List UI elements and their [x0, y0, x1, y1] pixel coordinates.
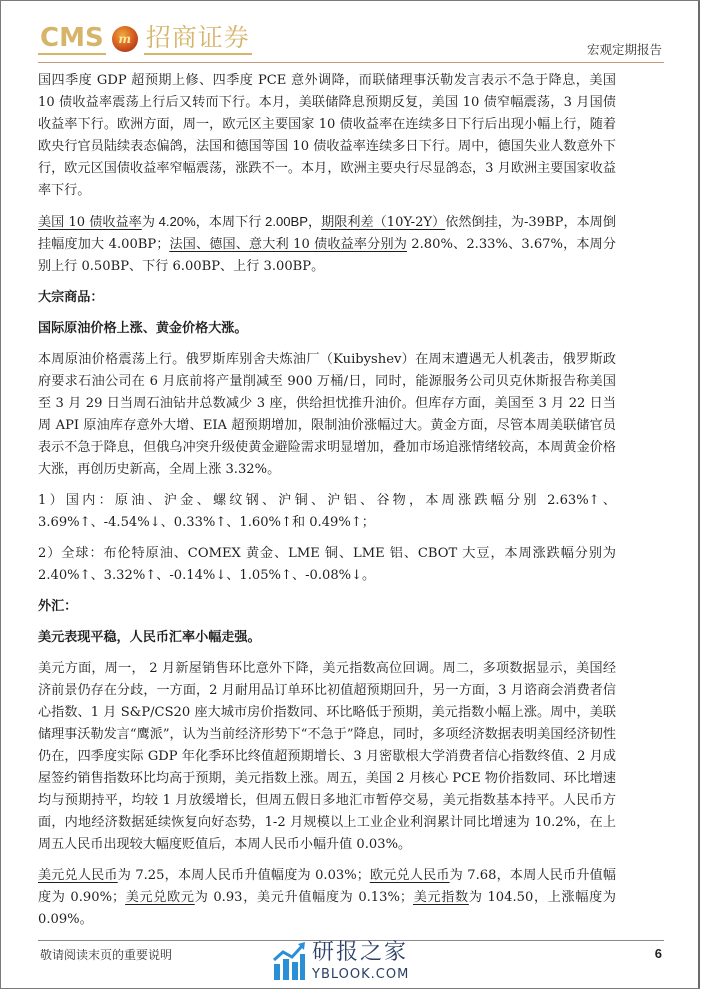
eu-yields-label: 法国、德国、意大利 10 债收益率分别为 — [169, 237, 407, 252]
commodities-paragraph: 本周原油价格震荡上行。俄罗斯库别舍夫炼油厂（Kuibyshev）在周末遭遇无人机… — [38, 349, 616, 481]
commodities-domestic: 1）国内：原油、沪金、螺纹钢、沪铜、沪铝、谷物，本周涨跌幅分别 2.63%↑、3… — [38, 490, 616, 534]
report-type: 宏观定期报告 — [587, 40, 662, 58]
usdcny-text: 为 7.25，本周人民币升值幅度为 0.03%； — [118, 868, 370, 883]
usdeur-label: 美元兑欧元 — [125, 890, 195, 905]
document-body: 国四季度 GDP 超预期上修、四季度 PCE 意外调降，而联储理事沃勒发言表示不… — [38, 70, 616, 940]
logo-cms-text: CMS — [38, 23, 106, 55]
commodities-global: 2）全球：布伦特原油、COMEX 黄金、LME 铜、LME 铝、CBOT 大豆，… — [38, 543, 616, 587]
logo-chinese-text: 招商证券 — [144, 23, 252, 55]
header-divider — [38, 62, 664, 63]
commodities-subheading: 国际原油价格上涨、黄金价格大涨。 — [38, 318, 616, 340]
dxy-label: 美元指数 — [413, 890, 469, 905]
fx-heading: 外汇： — [38, 596, 616, 618]
usdcny-label: 美元兑人民币 — [38, 868, 118, 883]
us10y-text: 为 4.20%，本周下行 2.00BP， — [142, 214, 321, 229]
watermark-cn-text: 研报之家 — [312, 942, 409, 964]
bonds-paragraph: 国四季度 GDP 超预期上修、四季度 PCE 意外调降，而联储理事沃勒发言表示不… — [38, 70, 616, 202]
fx-subheading: 美元表现平稳，人民币汇率小幅走强。 — [38, 627, 616, 649]
term-spread-label: 期限利差（10Y-2Y） — [321, 215, 445, 230]
logo-badge-icon: m — [112, 26, 138, 52]
us10y-label: 美国 10 债收益率 — [38, 215, 142, 230]
company-logo: CMS m 招商证券 — [38, 22, 252, 56]
bar-chart-arrow-icon — [272, 942, 306, 980]
fx-paragraph: 美元方面，周一， 2 月新屋销售环比意外下降，美元指数高位回调。周二，多项数据显… — [38, 658, 616, 856]
fx-summary: 美元兑人民币为 7.25，本周人民币升值幅度为 0.03%；欧元兑人民币为 7.… — [38, 865, 616, 931]
page-number: 6 — [655, 946, 662, 961]
watermark-en-text: YBLOOK.COM — [312, 968, 409, 981]
watermark: 研报之家 YBLOOK.COM — [272, 942, 409, 981]
eurcny-label: 欧元兑人民币 — [370, 868, 450, 883]
commodities-heading: 大宗商品： — [38, 287, 616, 309]
footer-disclaimer-note: 敬请阅读末页的重要说明 — [40, 946, 172, 963]
usdeur-text: 为 0.93，美元升值幅度为 0.13%； — [195, 890, 413, 905]
bonds-summary: 美国 10 债收益率为 4.20%，本周下行 2.00BP，期限利差（10Y-2… — [38, 211, 616, 278]
